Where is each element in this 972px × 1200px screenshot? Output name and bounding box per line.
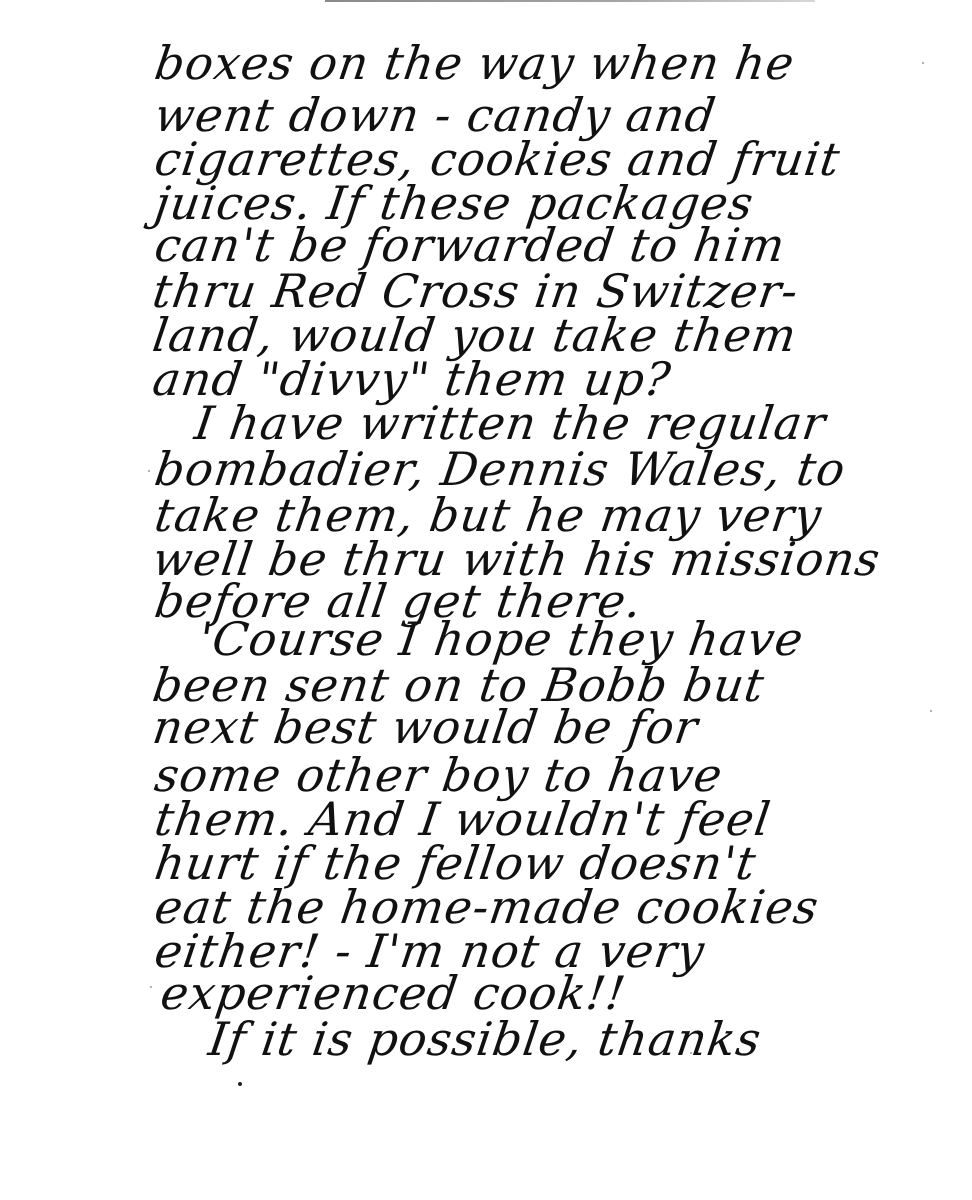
letter-line-1: boxes on the way when he: [152, 40, 798, 86]
letter-line-5: can't be forwarded to him: [152, 222, 788, 268]
scan-speck: [148, 470, 150, 472]
ink-dot: [238, 1082, 242, 1086]
scan-top-edge: [325, 0, 815, 2]
letter-line-16: next best would be for: [150, 704, 701, 750]
letter-line-14: 'Course I hope they have: [196, 616, 807, 662]
letter-line-9: I have written the regular: [192, 400, 829, 446]
scan-speck: [690, 1052, 692, 1054]
letter-line-22: experienced cook!!: [158, 970, 629, 1016]
letter-line-23: If it is possible, thanks: [206, 1016, 764, 1062]
scan-speck: [930, 710, 932, 712]
scan-speck: [922, 62, 924, 64]
scan-speck: [150, 986, 152, 988]
letter-page: boxes on the way when he went down - can…: [0, 0, 972, 1200]
letter-line-10: bombadier, Dennis Wales, to: [152, 446, 849, 492]
